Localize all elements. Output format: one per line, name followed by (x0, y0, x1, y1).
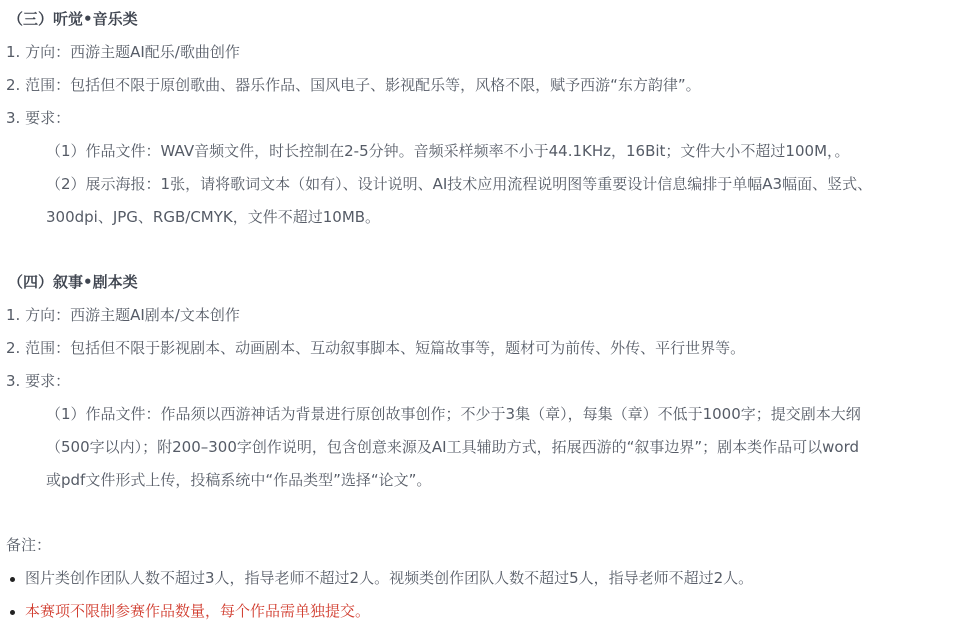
music-requirement-1: （1）作品文件：WAV音频文件，时长控制在2-5分钟。音频采样频率不小于44.1… (46, 141, 850, 161)
music-requirements-label: 3. 要求： (6, 108, 70, 128)
document: （三）听觉•音乐类 1. 方向：西游主题AI配乐/歌曲创作 2. 范围：包括但不… (0, 0, 954, 635)
notes-label: 备注： (6, 535, 51, 555)
script-requirement-1-line3: 或pdf文件形式上传，投稿系统中“作品类型”选择“论文”。 (46, 470, 431, 490)
script-requirement-1-line1: （1）作品文件：作品须以西游神话为背景进行原创故事创作；不少于3集（章），每集（… (46, 404, 861, 424)
bullet-icon (10, 610, 15, 615)
script-requirements-label: 3. 要求： (6, 371, 70, 391)
music-scope: 2. 范围：包括但不限于原创歌曲、器乐作品、国风电子、影视配乐等，风格不限，赋予… (6, 75, 701, 95)
bullet-icon (10, 577, 15, 582)
section-heading-script: （四）叙事•剧本类 (8, 272, 138, 292)
script-direction: 1. 方向：西游主题AI剧本/文本创作 (6, 305, 240, 325)
script-requirement-1-line2: （500字以内）；附200–300字创作说明，包含创意来源及AI工具辅助方式，拓… (46, 437, 859, 457)
music-requirement-2-line2: 300dpi、JPG、RGB/CMYK，文件不超过10MB。 (46, 207, 380, 227)
music-requirement-2-line1: （2）展示海报：1张，请将歌词文本（如有）、设计说明、AI技术应用流程说明图等重… (46, 174, 872, 194)
section-heading-music: （三）听觉•音乐类 (8, 9, 138, 29)
music-direction: 1. 方向：西游主题AI配乐/歌曲创作 (6, 42, 240, 62)
script-scope: 2. 范围：包括但不限于影视剧本、动画剧本、互动叙事脚本、短篇故事等，题材可为前… (6, 338, 745, 358)
note-item-team-size: 图片类创作团队人数不超过3人，指导老师不超过2人。视频类创作团队人数不超过5人，… (25, 568, 753, 588)
note-item-submission-limit: 本赛项不限制参赛作品数量，每个作品需单独提交。 (25, 601, 370, 621)
